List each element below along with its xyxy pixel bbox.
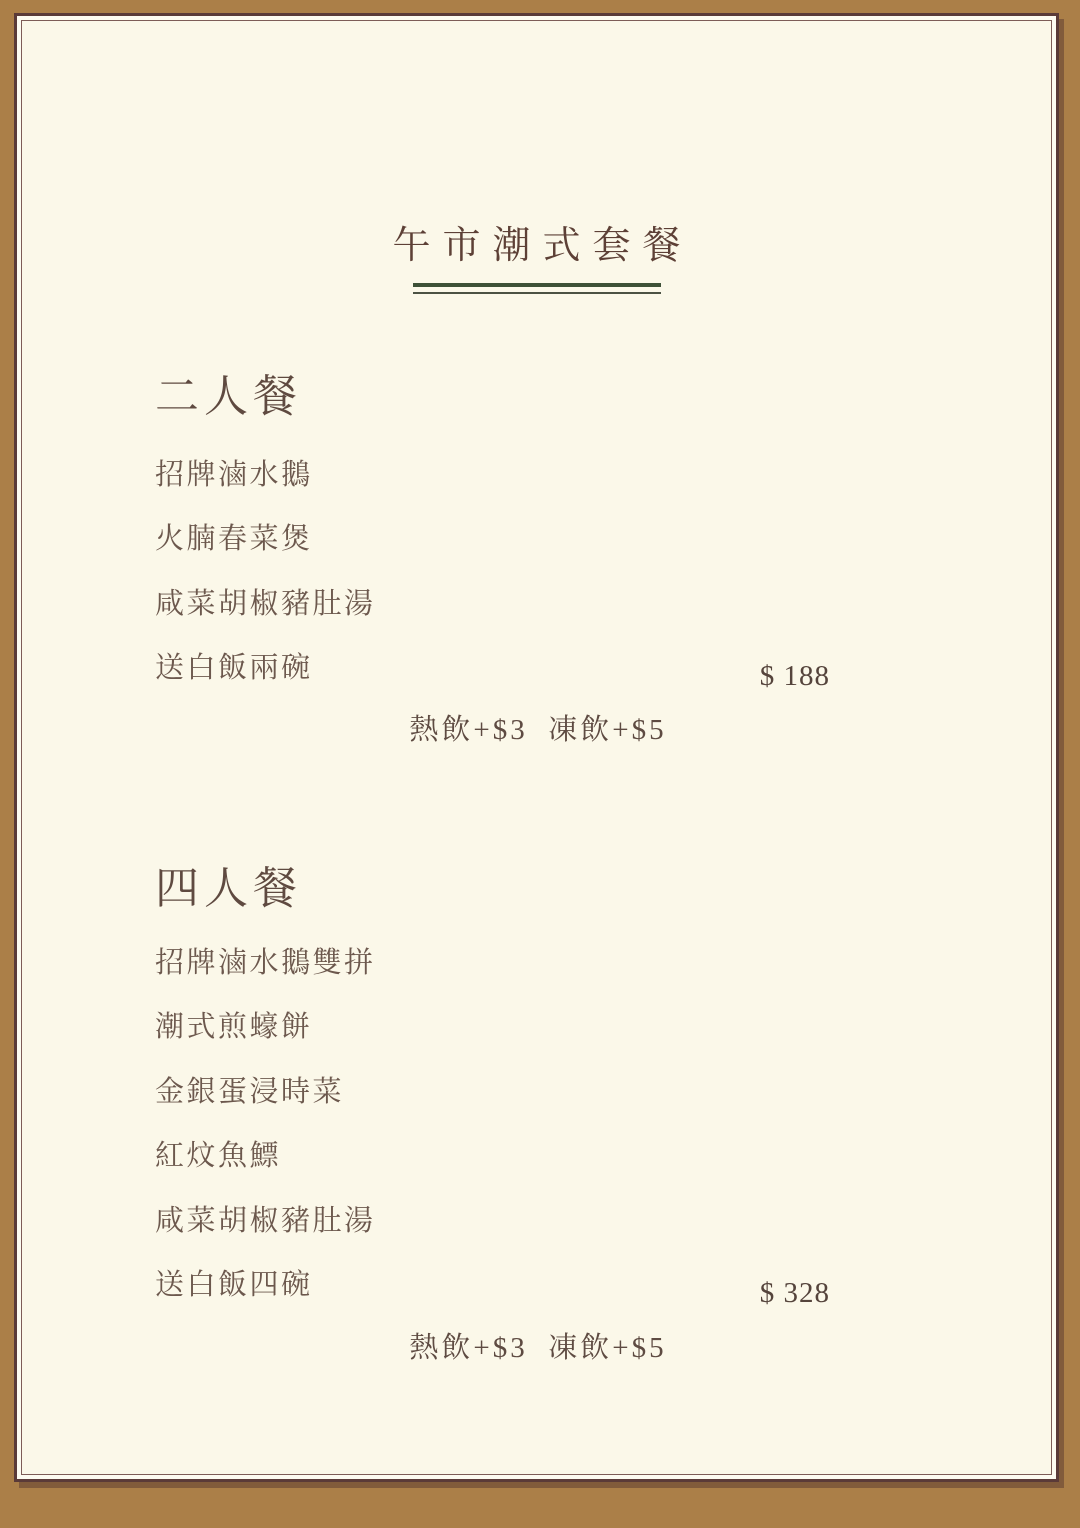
divider-thin-line [413,292,661,294]
menu-item: 火腩春菜煲 [155,505,1021,570]
menu-item: 送白飯兩碗 [155,634,1021,699]
section-heading-four-person: 四人餐 [155,865,302,913]
menu-item: 招牌滷水鵝 [155,440,1021,505]
menu-item: 潮式煎蠔餅 [155,993,1021,1058]
menu-page: 午市潮式套餐 二人餐 招牌滷水鵝 火腩春菜煲 咸菜胡椒豬肚湯 送白飯兩碗 $ 1… [0,0,1080,1528]
menu-item: 招牌滷水鵝雙拼 [155,928,1021,993]
price-two-person: $ 188 [760,662,830,691]
menu-item: 金銀蛋浸時菜 [155,1057,1021,1122]
drinks-note-two-person: 熱飲+$3 凍飲+$5 [22,715,1051,747]
section-heading-two-person: 二人餐 [155,373,302,421]
title-divider [413,283,661,294]
menu-item: 送白飯四碗 [155,1251,1021,1316]
price-four-person: $ 328 [760,1279,830,1308]
menu-title: 午市潮式套餐 [22,224,1051,270]
item-list-four-person: 招牌滷水鵝雙拼 潮式煎蠔餅 金銀蛋浸時菜 紅炆魚鰾 咸菜胡椒豬肚湯 送白飯四碗 [155,928,1021,1315]
menu-item: 咸菜胡椒豬肚湯 [155,569,1021,634]
item-list-two-person: 招牌滷水鵝 火腩春菜煲 咸菜胡椒豬肚湯 送白飯兩碗 [155,440,1021,698]
menu-item: 紅炆魚鰾 [155,1122,1021,1187]
menu-item: 咸菜胡椒豬肚湯 [155,1186,1021,1251]
divider-thick-line [413,283,661,287]
drinks-note-four-person: 熱飲+$3 凍飲+$5 [22,1333,1051,1365]
outer-frame: 午市潮式套餐 二人餐 招牌滷水鵝 火腩春菜煲 咸菜胡椒豬肚湯 送白飯兩碗 $ 1… [14,13,1059,1482]
inner-frame: 午市潮式套餐 二人餐 招牌滷水鵝 火腩春菜煲 咸菜胡椒豬肚湯 送白飯兩碗 $ 1… [21,20,1052,1475]
